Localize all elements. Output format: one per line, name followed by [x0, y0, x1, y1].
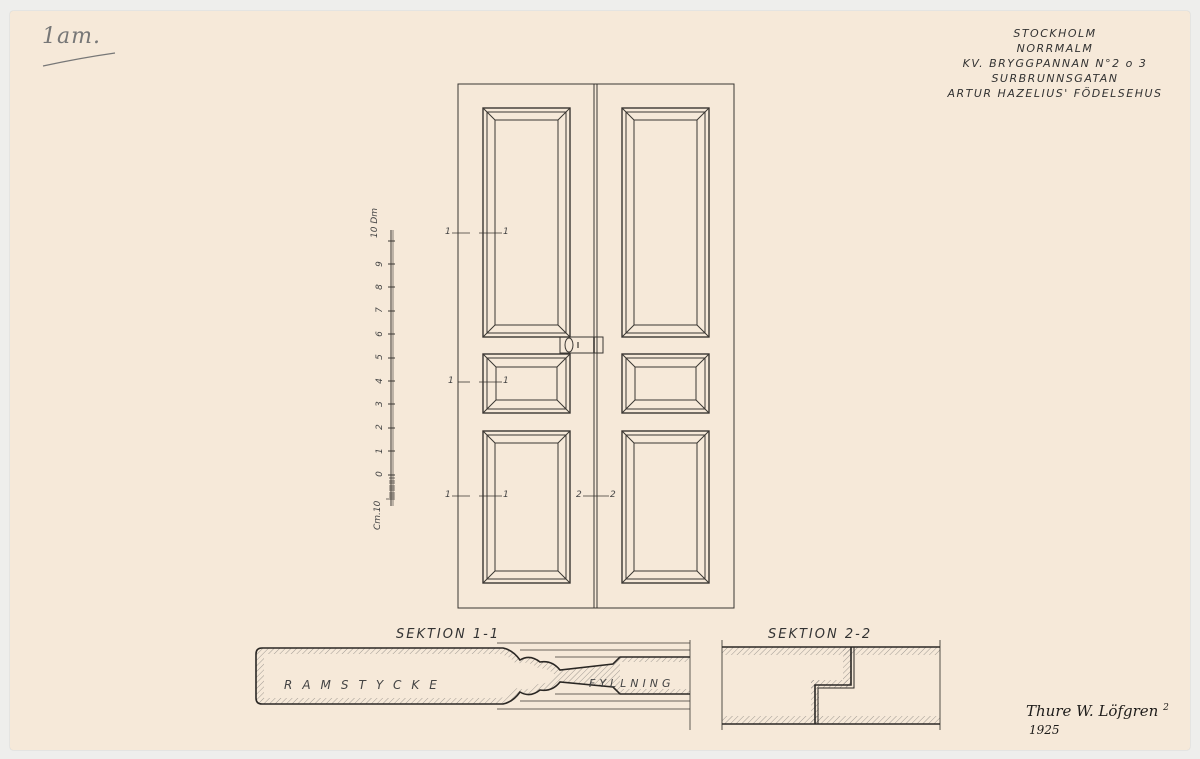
scale-tick-1: 1	[375, 448, 385, 454]
scale-tick-4: 4	[375, 378, 385, 384]
signature-name: Thure W. Löfgren	[1026, 702, 1158, 720]
scale-tick-2: 2	[375, 424, 385, 430]
cut-1-right-top: 1	[503, 227, 509, 237]
scale-tick-7: 7	[375, 307, 385, 313]
signature-year: 1925	[1029, 723, 1060, 737]
signature-superscript: 2	[1163, 703, 1169, 713]
cut-2-right: 2	[610, 490, 616, 500]
cut-2-left: 2	[576, 490, 582, 500]
section-2-2-drawing	[722, 640, 940, 730]
scale-tick-0: 0	[375, 471, 385, 477]
scale-bar	[386, 230, 395, 506]
signature: Thure W. Löfgren 2 1925	[1026, 702, 1200, 738]
cut-1-right-mid: 1	[503, 376, 509, 386]
cut-1-left-bottom: 1	[445, 490, 451, 500]
scale-tick-5: 5	[375, 354, 385, 360]
cut-1-right-bottom: 1	[503, 490, 509, 500]
scale-label-cm: Cm.10	[373, 501, 383, 530]
scale-tick-8: 8	[375, 284, 385, 290]
scale-tick-6: 6	[375, 331, 385, 337]
section-label-fyllning: FYLLNING	[589, 677, 675, 690]
scale-tick-9: 9	[375, 261, 385, 267]
right-leaf	[622, 108, 709, 583]
section-1-1-title: SEKTION 1-1	[396, 627, 500, 642]
scale-tick-3: 3	[375, 401, 385, 407]
scale-label-dm: 10 Dm	[370, 208, 380, 238]
cut-1-left-top: 1	[445, 227, 451, 237]
section-label-ramstycke: RAMSTYCKE	[284, 678, 447, 692]
left-leaf	[483, 108, 570, 583]
door-elevation	[0, 0, 1200, 759]
section-2-2-title: SEKTION 2-2	[768, 627, 872, 642]
cut-1-left-mid: 1	[448, 376, 454, 386]
